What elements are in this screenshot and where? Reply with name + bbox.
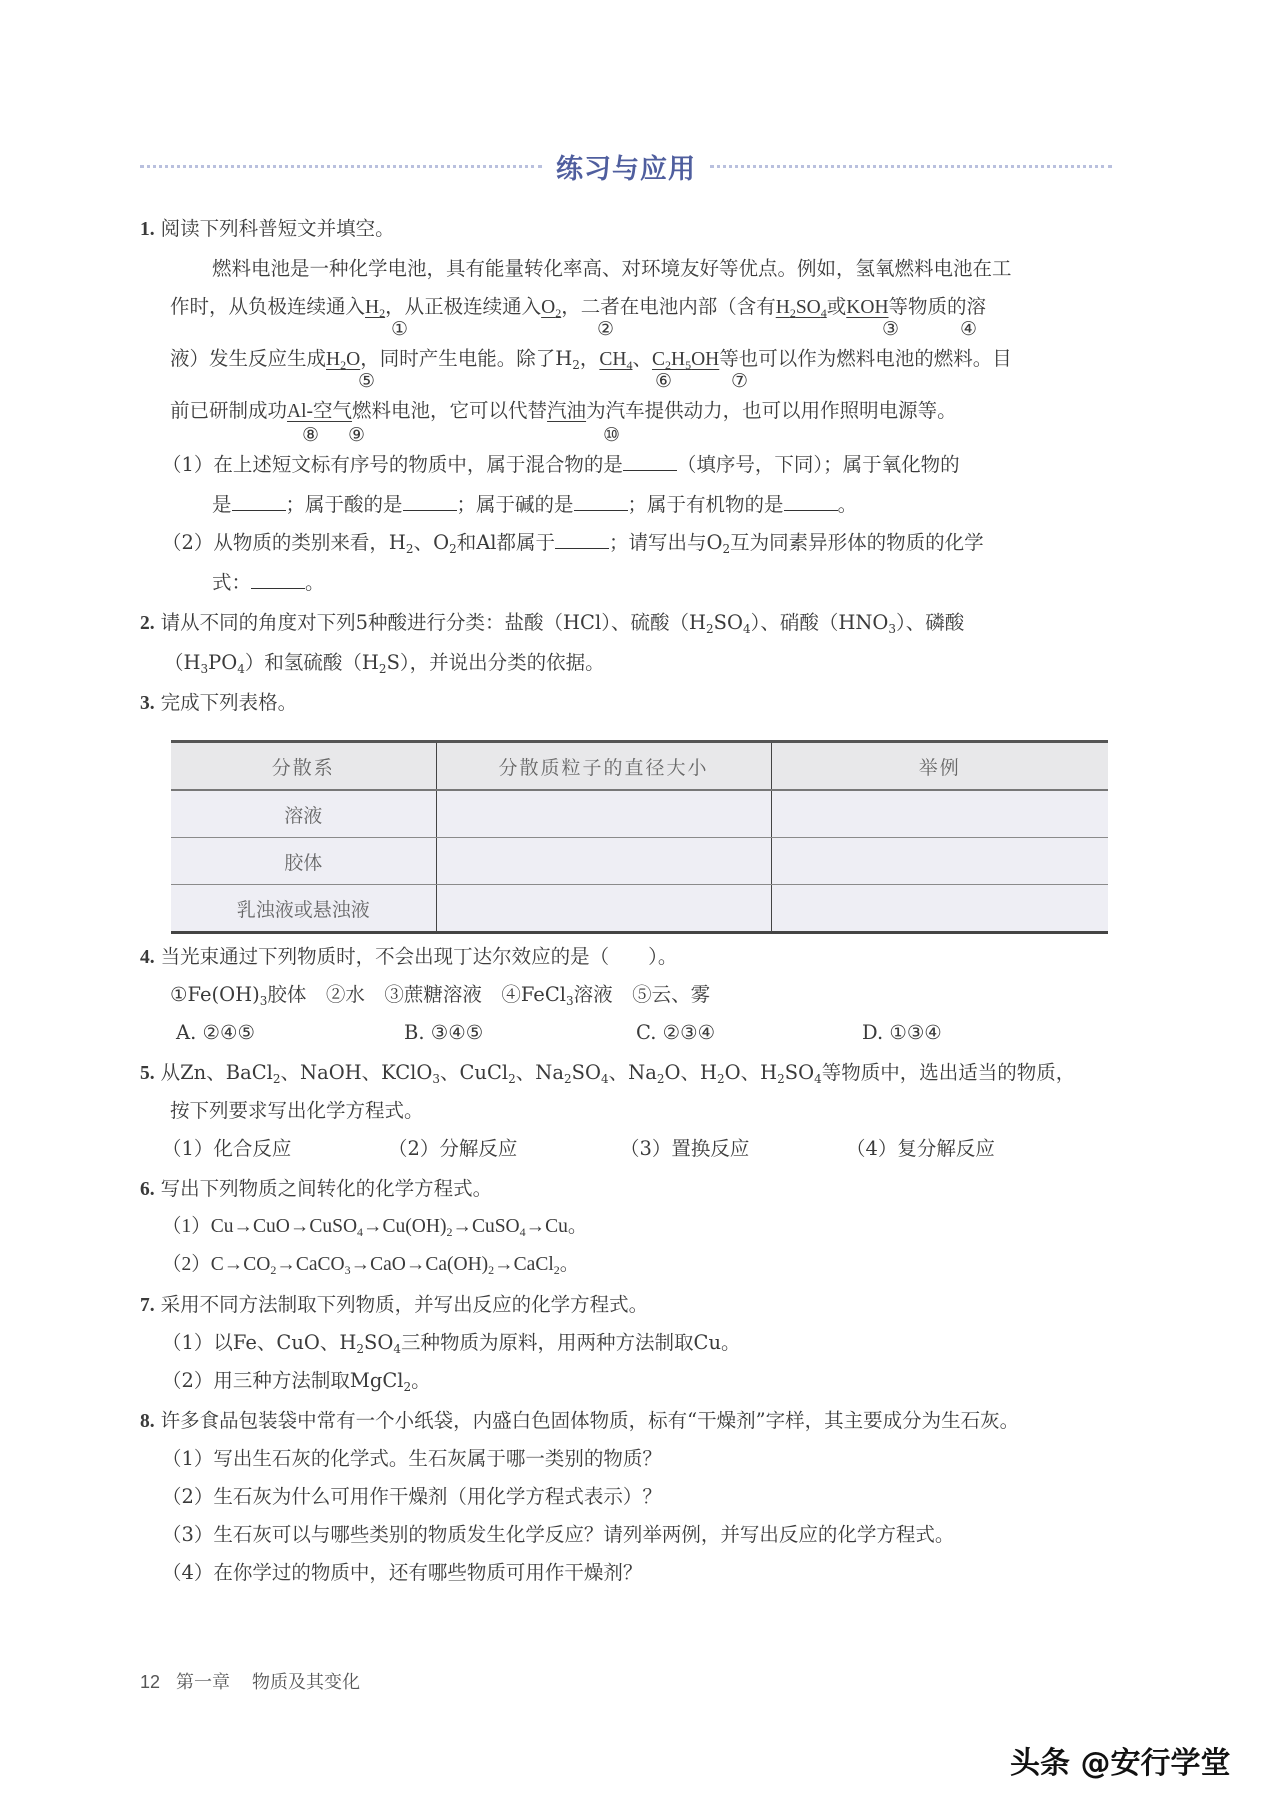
answer-blank[interactable] [251,570,305,589]
substance-9: 空气 [313,399,352,422]
table-row: 胶体 [171,838,1108,885]
marker-3: ③ [882,318,899,340]
marker-8: ⑧ [302,424,319,446]
question-number: 6. [140,1179,155,1200]
table-cell-answer[interactable] [771,885,1108,933]
substance-2: O2 [541,297,561,318]
q1-passage-line-1: 燃料电池是一种化学电池，具有能量转化率高、对环境友好等优点。例如，氢氧燃料电池在… [212,256,1012,282]
q1-subquestion-2-line-2: 式：。 [212,570,325,596]
question-number: 7. [140,1295,155,1316]
question-number: 2. [140,613,155,634]
table-cell-answer[interactable] [771,838,1108,885]
q7-part-2: （2）用三种方法制取MgCl2。 [162,1368,431,1394]
q5-part-1: （1）化合反应 [162,1136,291,1162]
option-c[interactable]: C. ②③④ [636,1020,715,1046]
q5-part-2: （2）分解反应 [388,1136,517,1162]
substance-7: C2H5OH [652,349,719,370]
table-cell-answer[interactable] [771,790,1108,838]
section-title: 练习与应用 [542,147,710,186]
q1-subquestion-1-line-2: 是；属于酸的是；属于碱的是；属于有机物的是。 [212,492,857,518]
question-7-stem: 7.采用不同方法制取下列物质，并写出反应的化学方程式。 [140,1292,648,1319]
q1-passage-line-2: 作时，从负极连续通入H2，从正极连续通入O2，二者在电池内部（含有H2SO4或K… [170,294,986,321]
q8-part-4: （4）在你学过的物质中，还有哪些物质可用作干燥剂？ [162,1560,642,1586]
answer-blank[interactable] [555,530,609,549]
table-row: 乳浊液或悬浊液 [171,885,1108,933]
q8-part-1: （1）写出生石灰的化学式。生石灰属于哪一类别的物质？ [162,1446,662,1472]
marker-7: ⑦ [731,370,748,392]
substance-5: H2O [326,349,360,370]
table-header: 分散系 [171,742,436,791]
substance-10: 汽油 [547,399,586,422]
q5-part-3: （3）置换反应 [620,1136,749,1162]
marker-2: ② [597,318,614,340]
q1-subquestion-2-line-1: （2）从物质的类别来看，H2、O2和Al都属于；请写出与O2互为同素异形体的物质… [162,530,984,556]
section-header: 练习与应用 [140,146,1112,186]
chapter-label: 第一章 [176,1672,230,1692]
table-cell: 胶体 [171,838,436,885]
marker-5: ⑤ [358,370,375,392]
q6-part-2: （2）C→CO2→CaCO3→CaO→Ca(OH)2→CaCl2。 [162,1252,579,1278]
page-number: 12 [140,1672,160,1692]
marker-4: ④ [960,318,977,340]
table-cell-answer[interactable] [436,838,771,885]
answer-blank[interactable] [784,492,838,511]
question-number: 4. [140,947,155,968]
answer-blank[interactable] [623,452,677,471]
table-cell-answer[interactable] [436,790,771,838]
dispersion-table: 分散系 分散质粒子的直径大小 举例 溶液 胶体 乳浊液或悬浊液 [171,740,1108,934]
substance-6: CH4 [599,349,632,370]
substance-4: KOH [846,297,888,318]
question-5-line-1: 5.从Zn、BaCl2、NaOH、KClO3、CuCl2、Na2SO4、Na2O… [140,1060,1075,1087]
q8-part-3: （3）生石灰可以与哪些类别的物质发生化学反应？请列举两例，并写出反应的化学方程式… [162,1522,954,1548]
textbook-page: 练习与应用 1.阅读下列科普短文并填空。 燃料电池是一种化学电池，具有能量转化率… [0,0,1287,1799]
marker-10: ⑩ [603,424,620,446]
watermark: 头条 @安行学堂 [1010,1738,1230,1782]
question-2-line-2: （H3PO4）和氢硫酸（H2S），并说出分类的依据。 [164,650,605,676]
marker-1: ① [391,318,408,340]
answer-blank[interactable] [232,492,286,511]
substance-8: Al- [287,401,313,422]
q8-part-2: （2）生石灰为什么可用作干燥剂（用化学方程式表示）？ [162,1484,662,1510]
question-number: 8. [140,1411,155,1432]
answer-blank[interactable] [403,492,457,511]
question-2-line-1: 2.请从不同的角度对下列5种酸进行分类：盐酸（HCl）、硫酸（H2SO4）、硝酸… [140,610,964,637]
table-cell-answer[interactable] [436,885,771,933]
substance-3: H2SO4 [776,297,827,318]
question-number: 1. [140,219,155,240]
marker-9: ⑨ [348,424,365,446]
question-number: 3. [140,693,155,714]
question-1-stem: 1.阅读下列科普短文并填空。 [140,216,395,243]
table-header: 分散质粒子的直径大小 [436,742,771,791]
table-cell: 溶液 [171,790,436,838]
question-text: 阅读下列科普短文并填空。 [161,217,395,240]
option-d[interactable]: D. ①③④ [862,1020,942,1046]
question-6-stem: 6.写出下列物质之间转化的化学方程式。 [140,1176,492,1203]
question-3-stem: 3.完成下列表格。 [140,690,297,717]
q1-passage-line-4: 前已研制成功Al-空气燃料电池，它可以代替汽油为汽车提供动力，也可以用作照明电源… [170,398,957,425]
marker-6: ⑥ [655,370,672,392]
option-b[interactable]: B. ③④⑤ [404,1020,483,1046]
table-row: 溶液 [171,790,1108,838]
dotted-divider-left [140,165,542,168]
q5-part-4: （4）复分解反应 [846,1136,995,1162]
question-number: 5. [140,1063,155,1084]
q7-part-1: （1）以Fe、CuO、H2SO4三种物质为原料，用两种方法制取Cu。 [162,1330,741,1356]
option-a[interactable]: A. ②④⑤ [176,1020,255,1046]
dotted-divider-right [710,165,1112,168]
question-4-items: ①Fe(OH)3胶体 ②水 ③蔗糖溶液 ④FeCl3溶液 ⑤云、雾 [170,982,710,1008]
question-4-stem: 4.当光束通过下列物质时，不会出现丁达尔效应的是（ ）。 [140,944,677,971]
chapter-title: 物质及其变化 [252,1672,360,1692]
substance-1: H2 [365,297,385,318]
question-8-stem: 8.许多食品包装袋中常有一个小纸袋，内盛白色固体物质，标有“干燥剂”字样，其主要… [140,1408,1019,1435]
page-footer: 12第一章物质及其变化 [140,1668,360,1694]
table-header: 举例 [771,742,1108,791]
answer-blank[interactable] [574,492,628,511]
question-5-line-2: 按下列要求写出化学方程式。 [170,1098,424,1124]
table-header-row: 分散系 分散质粒子的直径大小 举例 [171,742,1108,791]
q1-subquestion-1-line-1: （1）在上述短文标有序号的物质中，属于混合物的是（填序号，下同）；属于氧化物的 [162,452,960,478]
q6-part-1: （1）Cu→CuO→CuSO4→Cu(OH)2→CuSO4→Cu。 [162,1214,587,1240]
q1-passage-line-3: 液）发生反应生成H2O，同时产生电能。除了H2，CH4、C2H5OH等也可以作为… [170,346,1012,373]
table-cell: 乳浊液或悬浊液 [171,885,436,933]
